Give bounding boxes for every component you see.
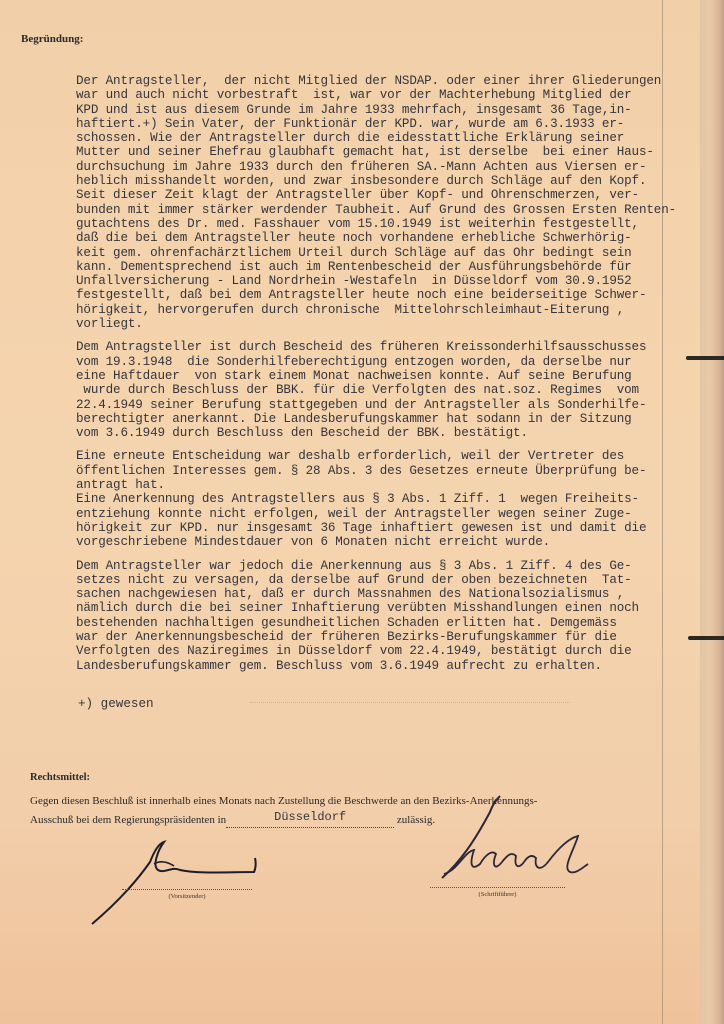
- text-line: bunden mit immer stärker werdender Taubh…: [76, 203, 696, 217]
- page-edge-shadow: [700, 0, 724, 1024]
- faint-typed-remnant: [250, 702, 570, 704]
- signature-line-chairman: [122, 889, 252, 890]
- paragraph-2: Dem Antragsteller ist durch Bescheid des…: [76, 340, 696, 440]
- text-line: entziehung konnte nicht erfolgen, weil d…: [76, 507, 696, 521]
- text-line: berechtigter anerkannt. Die Landesberufu…: [76, 412, 696, 426]
- text-line: haftiert.+) Sein Vater, der Funktionär d…: [76, 117, 696, 131]
- text-line: vorgeschriebene Mindestdauer von 6 Monat…: [76, 535, 696, 549]
- text-line: war und auch nicht vorbestraft ist, war …: [76, 88, 696, 102]
- text-line: vom 19.3.1948 die Sonderhilfeberechtigun…: [76, 355, 696, 369]
- paragraph-4: Eine Anerkennung des Antragstellers aus …: [76, 492, 696, 549]
- text-line: vorliegt.: [76, 317, 696, 331]
- text-line: durchsuchung im Jahre 1933 durch den frü…: [76, 160, 696, 174]
- text-line: eine Haftdauer von stark einem Monat nac…: [76, 369, 696, 383]
- text-line: war der Anerkennungsbescheid der frühere…: [76, 630, 696, 644]
- document-page: Begründung: Der Antragsteller, der nicht…: [0, 0, 724, 1024]
- text-line: Seit dieser Zeit klagt der Antragsteller…: [76, 188, 696, 202]
- justification-body: Der Antragsteller, der nicht Mitglied de…: [76, 74, 696, 682]
- text-line: antragt hat.: [76, 478, 696, 492]
- section-heading-rechtsmittel: Rechtsmittel:: [30, 772, 90, 783]
- signature-secretary: [430, 792, 630, 892]
- footnote: +) gewesen: [78, 697, 154, 711]
- text-line: wurde durch Beschluss der BBK. für die V…: [76, 383, 696, 397]
- text-line: Unfallversicherung - Land Nordrhein -Wes…: [76, 274, 696, 288]
- text-line: setzes nicht zu versagen, da derselbe au…: [76, 573, 696, 587]
- text-line: vom 3.6.1949 durch Beschluss den Beschei…: [76, 426, 696, 440]
- paragraph-1: Der Antragsteller, der nicht Mitglied de…: [76, 74, 696, 331]
- text-line: daß die bei dem Antragsteller heute noch…: [76, 231, 696, 245]
- text-line: kann. Dementsprechend ist auch im Renten…: [76, 260, 696, 274]
- text-line: Dem Antragsteller war jedoch die Anerken…: [76, 559, 696, 573]
- text-line: Verfolgten des Naziregimes in Düsseldorf…: [76, 644, 696, 658]
- text-line: Eine Anerkennung des Antragstellers aus …: [76, 492, 696, 506]
- text-line: gutachtens des Dr. med. Fasshauer vom 15…: [76, 217, 696, 231]
- text-line: schossen. Wie der Antragsteller durch di…: [76, 131, 696, 145]
- signature-role-chairman: (Vorsitzender): [122, 893, 252, 900]
- paragraph-5: Dem Antragsteller war jedoch die Anerken…: [76, 559, 696, 673]
- legal-remedy-prefix: Ausschuß bei dem Regierungspräsidenten i…: [30, 814, 226, 826]
- section-heading-begruendung: Begründung:: [21, 33, 83, 45]
- text-line: Landesberufungskammer gem. Beschluss vom…: [76, 659, 696, 673]
- text-line: Eine erneute Entscheidung war deshalb er…: [76, 449, 696, 463]
- signature-line-secretary: [430, 887, 565, 888]
- text-line: festgestellt, daß bei dem Antragsteller …: [76, 288, 696, 302]
- signature-role-secretary: (Schriftführer): [430, 891, 565, 898]
- text-line: Dem Antragsteller ist durch Bescheid des…: [76, 340, 696, 354]
- text-line: Der Antragsteller, der nicht Mitglied de…: [76, 74, 696, 88]
- text-line: Mutter und seiner Ehefrau glaubhaft gema…: [76, 145, 696, 159]
- text-line: hörigkeit, hervorgerufen durch chronisch…: [76, 303, 696, 317]
- signature-chairman: [88, 832, 288, 932]
- city-field: Düsseldorf: [226, 808, 394, 828]
- text-line: keit gem. ohrenfachärztlichem Urteil dur…: [76, 246, 696, 260]
- legal-remedy-suffix: zulässig.: [394, 814, 435, 826]
- text-line: bestehenden nachhaltigen gesundheitliche…: [76, 616, 696, 630]
- text-line: heblich misshandelt worden, und zwar ins…: [76, 174, 696, 188]
- text-line: öffentlichen Interesses gem. § 28 Abs. 3…: [76, 464, 696, 478]
- paragraph-3: Eine erneute Entscheidung war deshalb er…: [76, 449, 696, 492]
- text-line: hörigkeit zur KPD. nur insgesamt 36 Tage…: [76, 521, 696, 535]
- text-line: sachen nachgewiesen hat, daß er durch Ma…: [76, 587, 696, 601]
- text-line: nämlich durch die bei seiner Inhaftierun…: [76, 601, 696, 615]
- text-line: 22.4.1949 seiner Berufung stattgegeben u…: [76, 398, 696, 412]
- text-line: KPD und ist aus diesem Grunde im Jahre 1…: [76, 103, 696, 117]
